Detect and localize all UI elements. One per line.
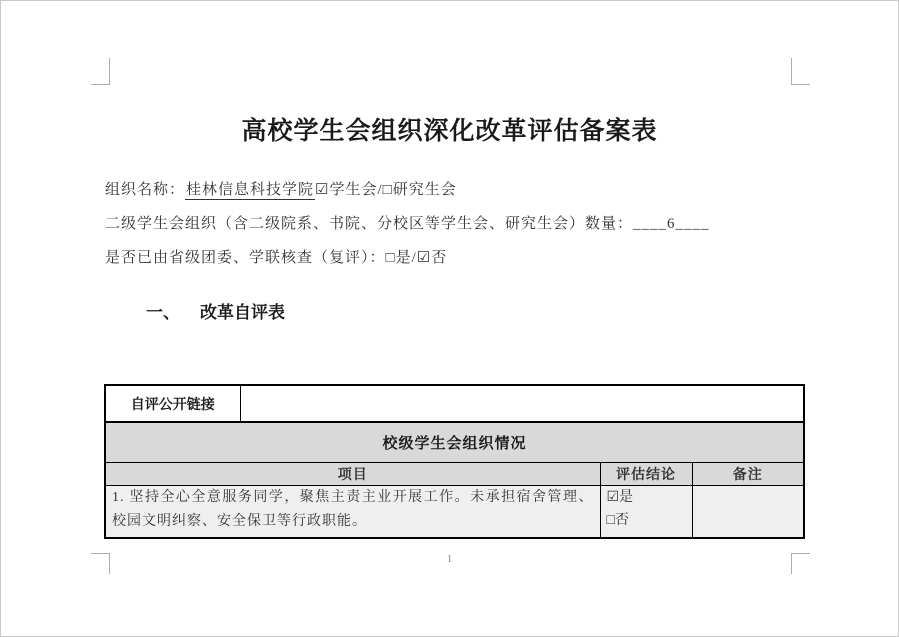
remark-cell[interactable] [692,485,804,538]
grad-union-checkbox-unchecked[interactable]: □研究生会 [383,182,457,198]
review-no-checkbox-checked[interactable]: ☑否 [417,250,447,266]
section-title: 改革自评表 [200,303,285,322]
secondary-org-count-value[interactable]: ____6____ [633,216,710,232]
item-text-cell: 1. 坚持全心全意服务同学，聚焦主责主业开展工作。未承担宿舍管理、校园文明纠察、… [105,485,600,538]
conclusion-no-checkbox-unchecked[interactable]: □否 [607,509,686,532]
section-heading: 一、改革自评表 [146,298,285,323]
column-header-remark: 备注 [692,462,804,485]
column-header-item: 项目 [105,462,600,485]
union-checkbox-checked[interactable]: ☑学生会 [315,182,377,198]
org-name-line: 组织名称：桂林信息科技学院☑学生会/□研究生会 [105,178,457,199]
table-row-group-header: 校级学生会组织情况 [105,422,804,462]
conclusion-cell: ☑是 □否 [600,485,692,538]
group-header-cell: 校级学生会组织情况 [105,422,804,462]
self-evaluation-table: 自评公开链接 校级学生会组织情况 项目 评估结论 备注 1. 坚持全心全意服务同… [104,384,805,539]
table-row-column-headers: 项目 评估结论 备注 [105,462,804,485]
review-status-line: 是否已由省级团委、学联核查（复评）：□是/☑否 [105,246,447,267]
secondary-org-count-label: 二级学生会组织（含二级院系、书院、分校区等学生会、研究生会）数量： [105,216,633,232]
table-row-link: 自评公开链接 [105,385,804,422]
table-row: 1. 坚持全心全意服务同学，聚焦主责主业开展工作。未承担宿舍管理、校园文明纠察、… [105,485,804,538]
conclusion-yes-checkbox-checked[interactable]: ☑是 [607,486,686,509]
document-title: 高校学生会组织深化改革评估备案表 [1,111,898,147]
column-header-conclusion: 评估结论 [600,462,692,485]
page-number: 1 [1,553,898,565]
org-name-label: 组织名称： [105,182,185,198]
secondary-org-count-line: 二级学生会组织（含二级院系、书院、分校区等学生会、研究生会）数量：____6__… [105,212,710,233]
crop-mark-top-right-icon [791,58,810,85]
section-number: 一、 [146,303,180,322]
review-status-label: 是否已由省级团委、学联核查（复评）： [105,250,386,266]
crop-mark-top-left-icon [91,58,110,85]
org-name-value[interactable]: 桂林信息科技学院 [185,182,315,200]
document-page: 高校学生会组织深化改革评估备案表 组织名称：桂林信息科技学院☑学生会/□研究生会… [0,0,899,637]
self-eval-link-value-cell[interactable] [240,385,804,422]
self-eval-link-label: 自评公开链接 [105,385,240,422]
review-yes-checkbox-unchecked[interactable]: □是 [386,250,412,266]
